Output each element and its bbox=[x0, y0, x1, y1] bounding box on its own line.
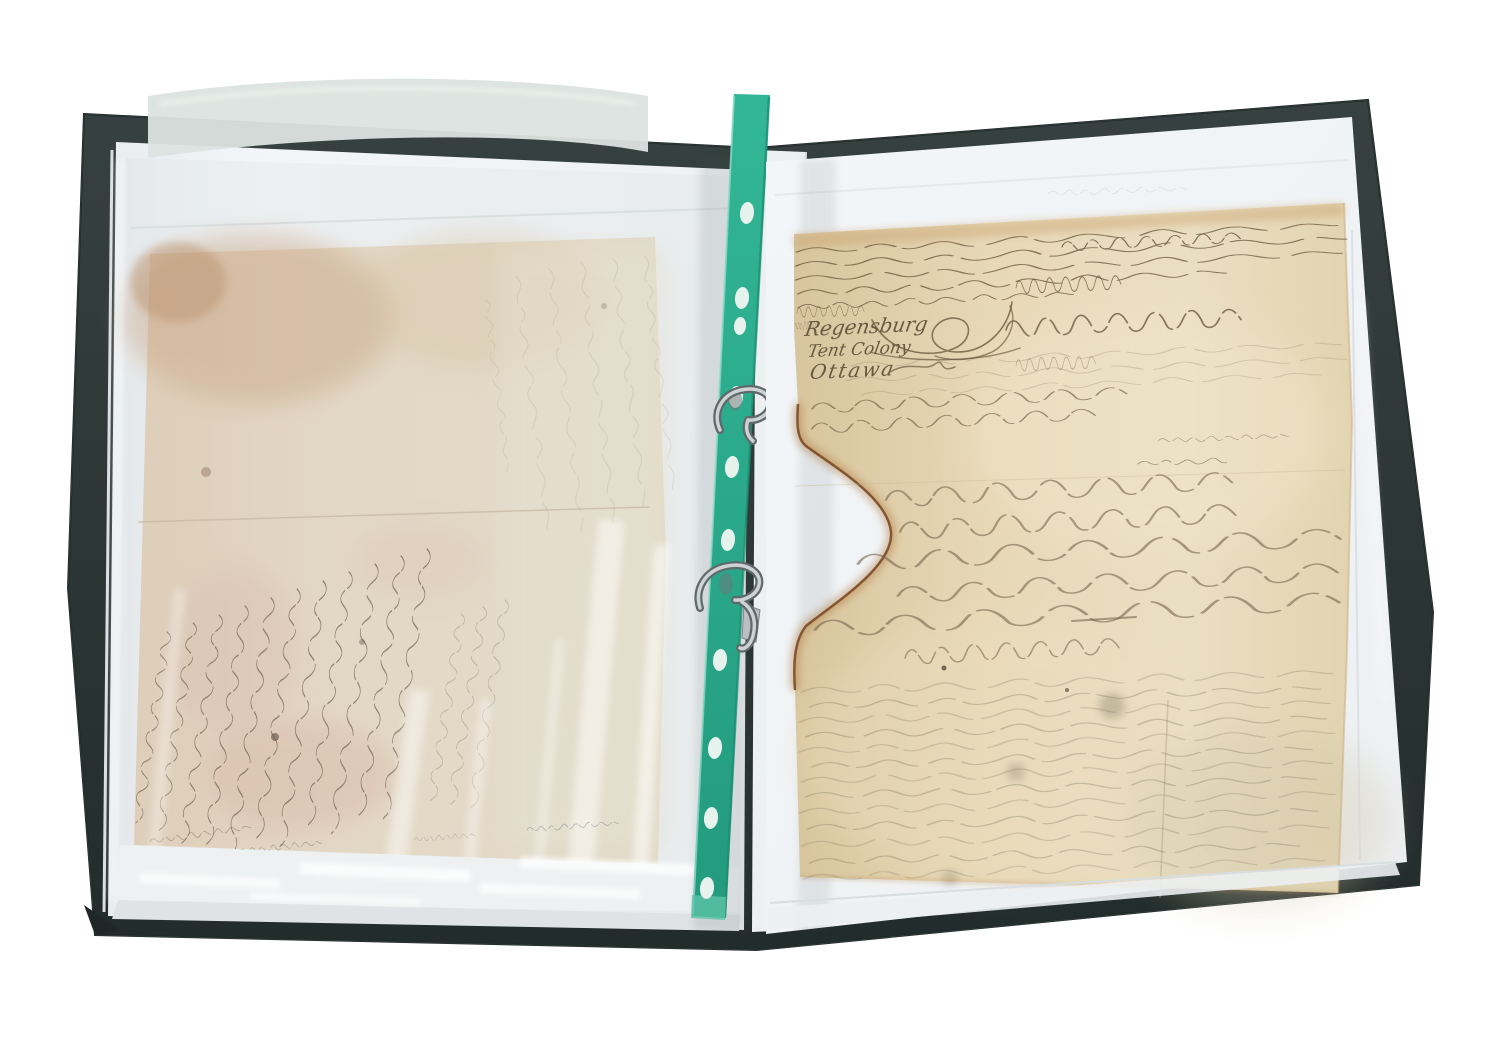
ink-spot bbox=[1065, 688, 1069, 692]
binder-photo: Regensburg Tent Colony Ottawa bbox=[0, 0, 1500, 1051]
paper-light-area bbox=[970, 310, 1330, 550]
ink-spot bbox=[942, 666, 947, 671]
crinkle bbox=[480, 888, 640, 894]
left-page-stack bbox=[104, 79, 748, 931]
strip-bottom-fade bbox=[691, 895, 726, 920]
right-page: Regensburg Tent Colony Ottawa bbox=[766, 117, 1407, 934]
smudge bbox=[1099, 693, 1125, 719]
ring-hole-shadow bbox=[719, 573, 733, 595]
crinkle bbox=[300, 868, 470, 876]
crinkle bbox=[140, 878, 280, 884]
crinkle bbox=[520, 862, 700, 870]
photo-canvas: Regensburg Tent Colony Ottawa bbox=[0, 0, 1500, 1051]
smudge bbox=[1007, 763, 1025, 781]
